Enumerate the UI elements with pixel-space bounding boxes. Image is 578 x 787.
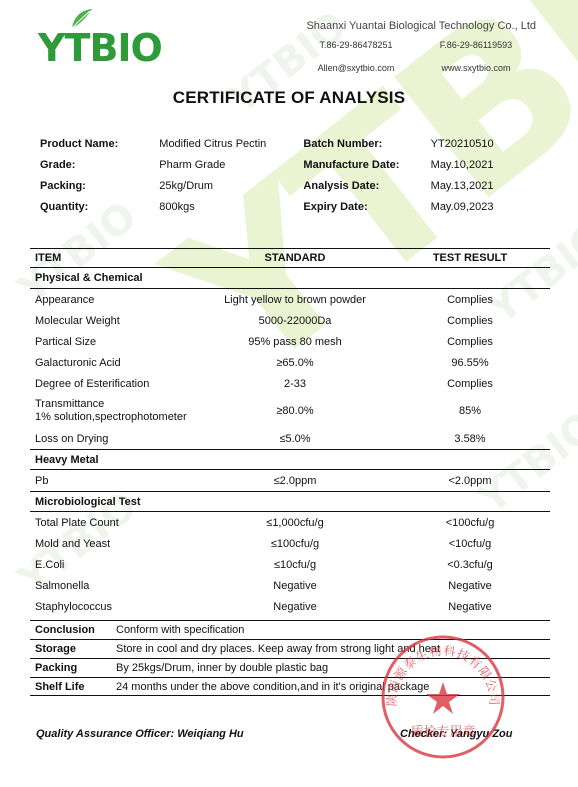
section-header: Microbiological Test <box>30 491 550 512</box>
test-item: Loss on Drying <box>30 433 200 445</box>
table-row: E.Coli≤10cfu/g<0.3cfu/g <box>30 554 550 575</box>
standard-value: Light yellow to brown powder <box>200 294 390 306</box>
info-label: Batch Number: <box>303 138 430 150</box>
info-value: Modified Citrus Pectin <box>159 138 303 150</box>
document-title: CERTIFICATE OF ANALYSIS <box>0 88 578 108</box>
table-row: Transmittance1% solution,spectrophotomet… <box>30 394 550 428</box>
test-result: <0.3cfu/g <box>390 559 550 571</box>
info-row: Quantity:800kgsExpiry Date:May.09,2023 <box>40 196 540 217</box>
standard-value: ≤1,000cfu/g <box>200 517 390 529</box>
test-result: Complies <box>390 294 550 306</box>
test-result: <2.0ppm <box>390 475 550 487</box>
info-label: Grade: <box>40 159 159 171</box>
test-result: Negative <box>390 601 550 613</box>
table-row: Total Plate Count≤1,000cfu/g<100cfu/g <box>30 512 550 533</box>
test-result: 85% <box>390 405 550 417</box>
info-label: Expiry Date: <box>303 201 430 213</box>
info-value: Pharm Grade <box>159 159 303 171</box>
table-row: SalmonellaNegativeNegative <box>30 575 550 596</box>
test-item: Pb <box>30 475 200 487</box>
test-item: Total Plate Count <box>30 517 200 529</box>
info-label: Manufacture Date: <box>303 159 430 171</box>
company-contact: Shaanxi Yuantai Biological Technology Co… <box>296 20 536 78</box>
table-header: ITEM STANDARD TEST RESULT <box>30 248 550 268</box>
section-header: Heavy Metal <box>30 449 550 470</box>
test-item-method: 1% solution,spectrophotometer <box>35 411 200 424</box>
test-item: Appearance <box>30 294 200 306</box>
company-name: Shaanxi Yuantai Biological Technology Co… <box>296 20 536 32</box>
test-item: Galacturonic Acid <box>30 357 200 369</box>
test-result: <10cfu/g <box>390 538 550 550</box>
test-item-name: Transmittance <box>35 398 200 411</box>
table-row: Galacturonic Acid≥65.0%96.55% <box>30 352 550 373</box>
footer-label: Packing <box>30 662 116 674</box>
test-result: 96.55% <box>390 357 550 369</box>
test-result: Negative <box>390 580 550 592</box>
info-label: Product Name: <box>40 138 159 150</box>
test-item: Partical Size <box>30 336 200 348</box>
website-link[interactable]: www.sxytbio.com <box>416 63 536 73</box>
table-row: Pb≤2.0ppm<2.0ppm <box>30 470 550 491</box>
info-value: May.13,2021 <box>431 180 540 192</box>
standard-value: ≤2.0ppm <box>200 475 390 487</box>
svg-text:质检专用章: 质检专用章 <box>410 724 475 740</box>
table-row: Partical Size95% pass 80 meshComplies <box>30 331 550 352</box>
info-row: Grade:Pharm GradeManufacture Date:May.10… <box>40 154 540 175</box>
test-item: E.Coli <box>30 559 200 571</box>
footer-label: Storage <box>30 643 116 655</box>
company-logo: YTBIO <box>38 12 178 62</box>
standard-value: 95% pass 80 mesh <box>200 336 390 348</box>
footer-label: Shelf Life <box>30 681 116 693</box>
product-info: Product Name:Modified Citrus PectinBatch… <box>40 133 540 217</box>
star-icon <box>426 682 460 714</box>
test-result: 3.58% <box>390 433 550 445</box>
test-item: Salmonella <box>30 580 200 592</box>
standard-value: ≤100cfu/g <box>200 538 390 550</box>
table-row: Mold and Yeast≤100cfu/g<10cfu/g <box>30 533 550 554</box>
table-row: Loss on Drying≤5.0%3.58% <box>30 428 550 449</box>
standard-value: 2-33 <box>200 378 390 390</box>
test-result: Complies <box>390 378 550 390</box>
info-label: Analysis Date: <box>303 180 430 192</box>
standard-value: ≤5.0% <box>200 433 390 445</box>
footer-label: Conclusion <box>30 624 116 636</box>
info-value: 800kgs <box>159 201 303 213</box>
info-value: May.09,2023 <box>431 201 540 213</box>
info-row: Packing:25kg/DrumAnalysis Date:May.13,20… <box>40 175 540 196</box>
table-row: AppearanceLight yellow to brown powderCo… <box>30 289 550 310</box>
standard-value: 5000-22000Da <box>200 315 390 327</box>
info-label: Packing: <box>40 180 159 192</box>
info-value: YT20210510 <box>431 138 540 150</box>
test-result: Complies <box>390 336 550 348</box>
email-address[interactable]: Allen@sxytbio.com <box>296 63 416 73</box>
test-result: Complies <box>390 315 550 327</box>
test-item: Degree of Esterification <box>30 378 200 390</box>
column-header-result: TEST RESULT <box>390 252 550 264</box>
test-result: <100cfu/g <box>390 517 550 529</box>
phone-number: T.86-29-86478251 <box>296 40 416 50</box>
standard-value: ≥80.0% <box>200 405 390 417</box>
column-header-standard: STANDARD <box>200 252 390 264</box>
table-row: Degree of Esterification2-33Complies <box>30 373 550 394</box>
test-item: Molecular Weight <box>30 315 200 327</box>
table-row: StaphylococcusNegativeNegative <box>30 596 550 617</box>
fax-number: F.86-29-86119593 <box>416 40 536 50</box>
info-label: Quantity: <box>40 201 159 213</box>
column-header-item: ITEM <box>30 252 200 264</box>
analysis-table: ITEM STANDARD TEST RESULT Physical & Che… <box>30 248 550 617</box>
standard-value: Negative <box>200 580 390 592</box>
table-row: Molecular Weight5000-22000DaComplies <box>30 310 550 331</box>
company-seal-stamp: 陕西源泰生物科技有限公司 质检专用章 <box>378 632 508 762</box>
test-item: Transmittance1% solution,spectrophotomet… <box>30 398 200 424</box>
section-header: Physical & Chemical <box>30 268 550 289</box>
info-value: May.10,2021 <box>431 159 540 171</box>
standard-value: ≥65.0% <box>200 357 390 369</box>
qa-officer-signature: Quality Assurance Officer: Weiqiang Hu <box>36 728 244 740</box>
info-value: 25kg/Drum <box>159 180 303 192</box>
test-item: Staphylococcus <box>30 601 200 613</box>
logo-text: YTBIO <box>38 26 162 70</box>
info-row: Product Name:Modified Citrus PectinBatch… <box>40 133 540 154</box>
test-item: Mold and Yeast <box>30 538 200 550</box>
standard-value: ≤10cfu/g <box>200 559 390 571</box>
standard-value: Negative <box>200 601 390 613</box>
